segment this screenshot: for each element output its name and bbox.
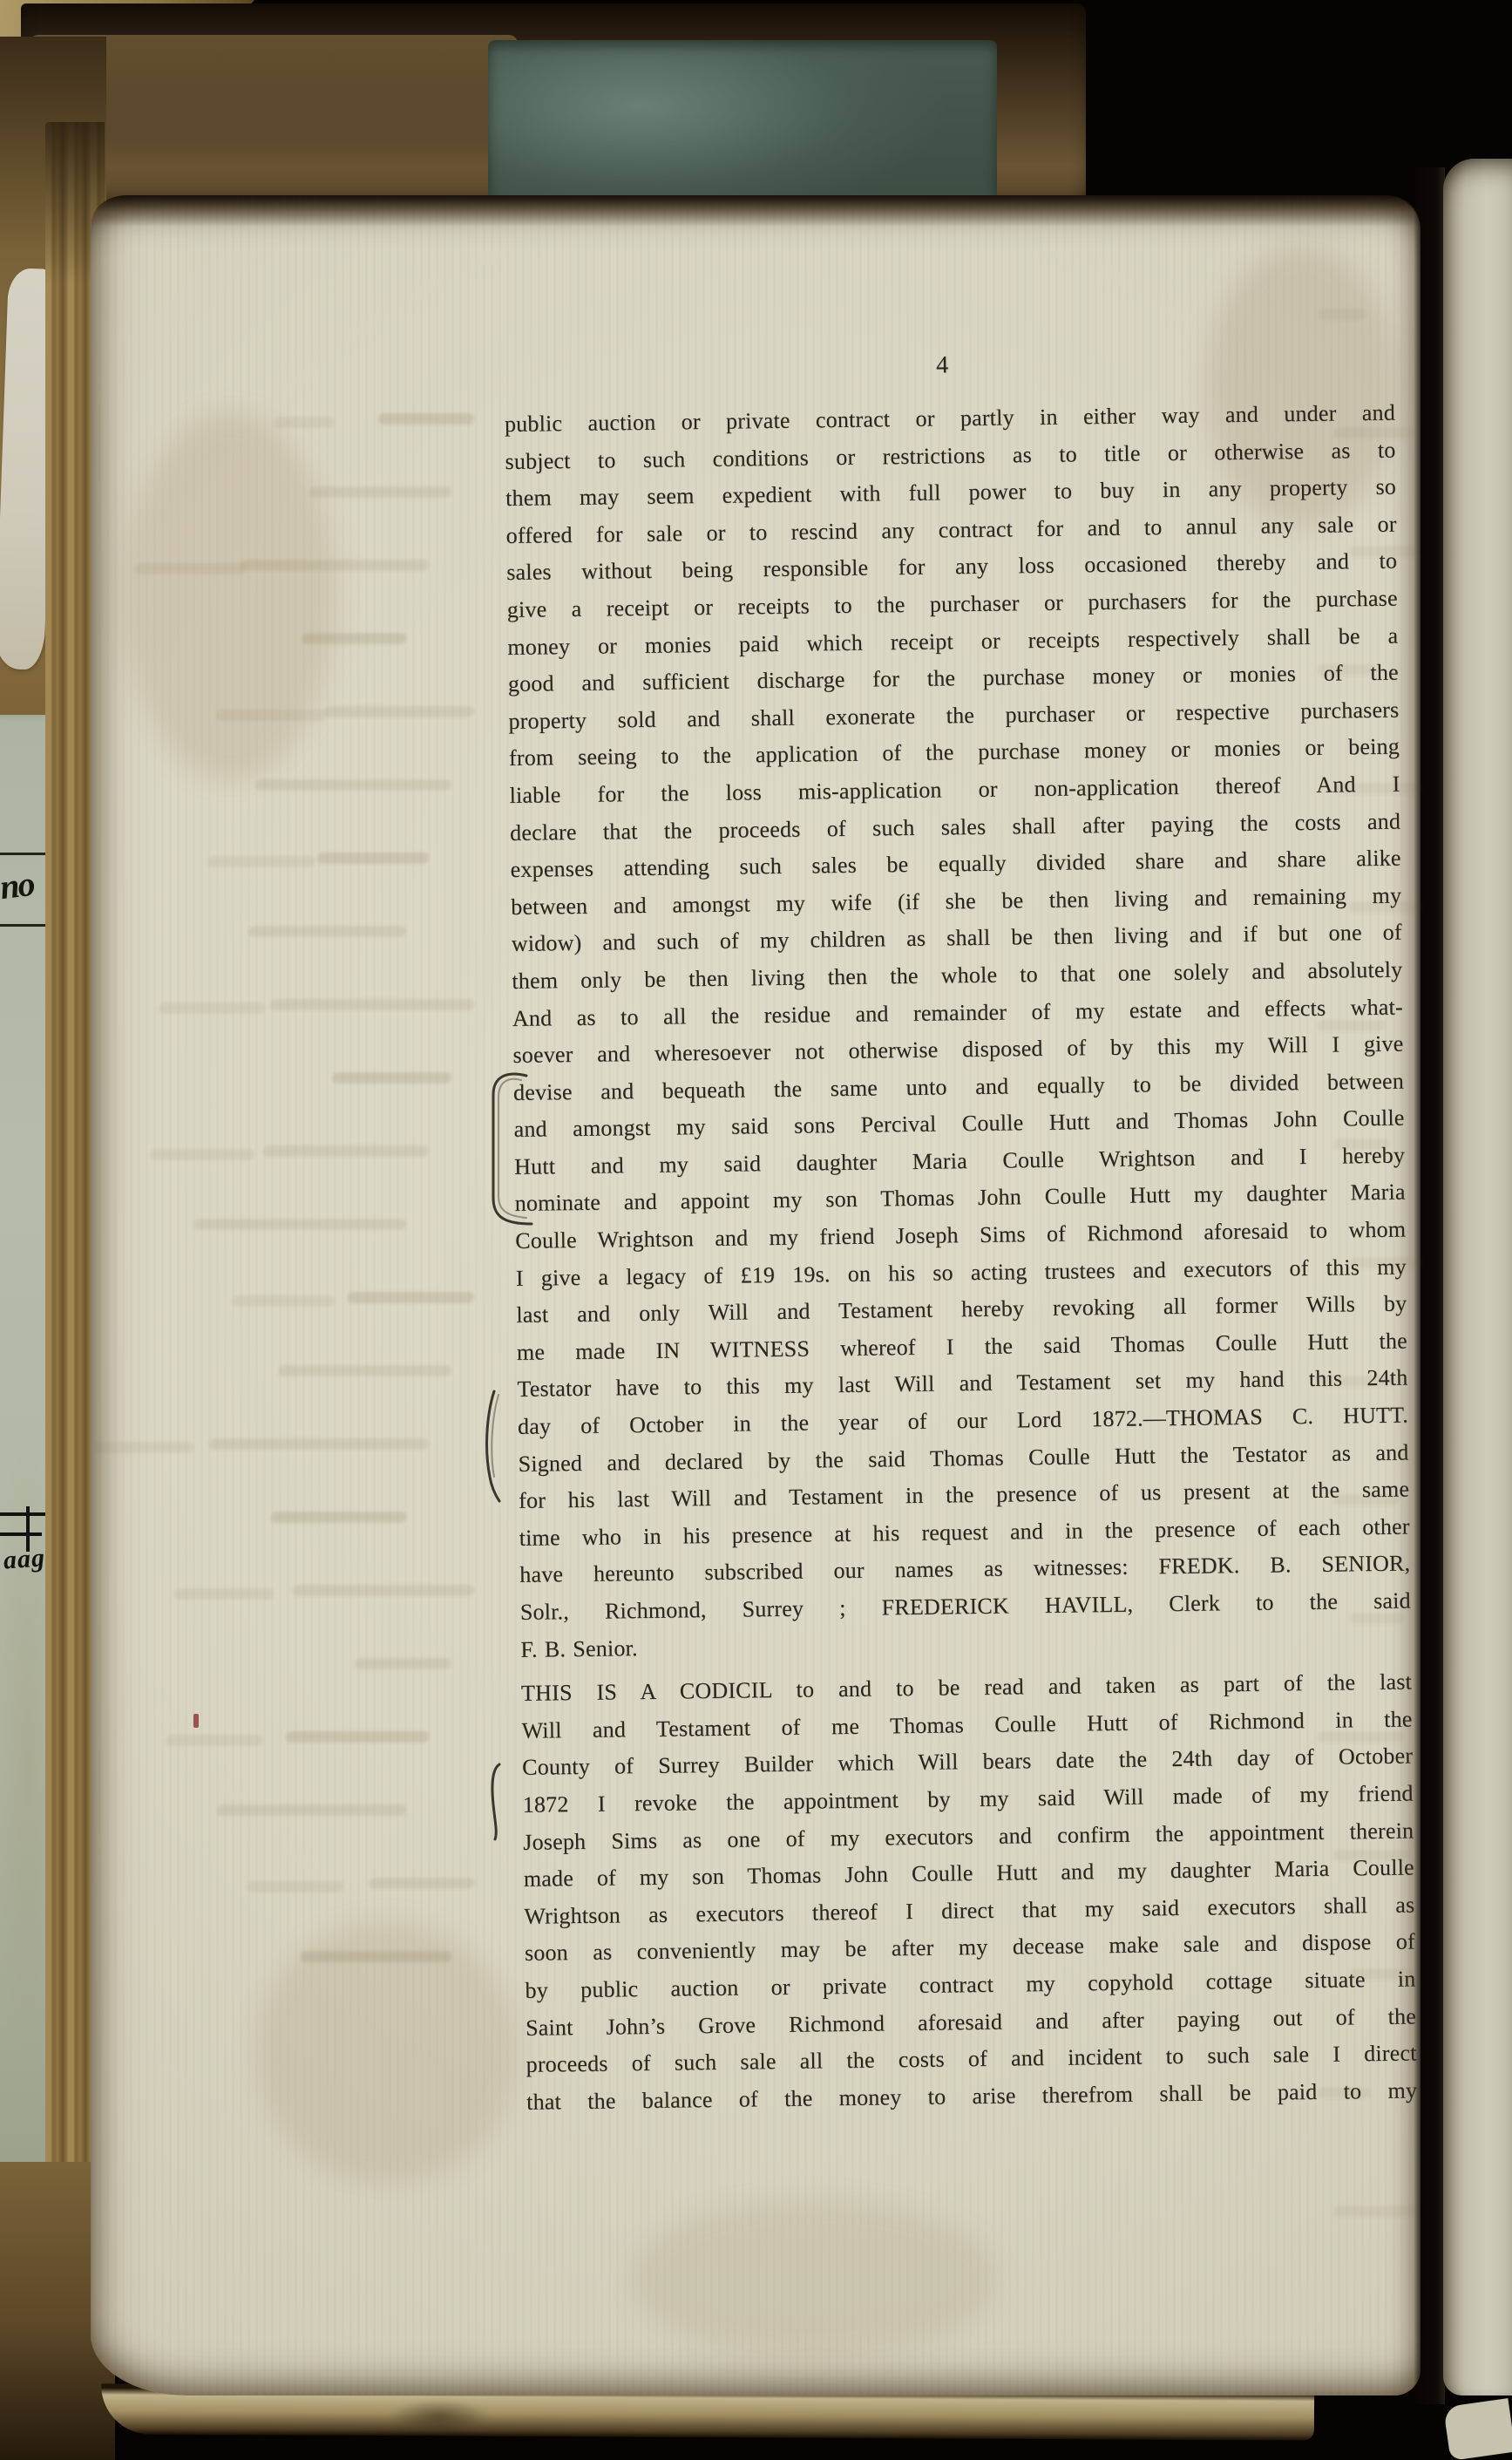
residue-clause-bracket <box>476 1069 537 1243</box>
ghost-text-line <box>370 1878 475 1889</box>
ghost-text-line <box>1318 309 1367 320</box>
book-scan: no aag 4 public auction or private contr… <box>0 0 1512 2460</box>
ghost-text-line <box>270 999 475 1010</box>
red-ink-speck <box>193 1714 199 1728</box>
ghost-text-line <box>166 1735 264 1746</box>
ghost-text-line <box>317 853 430 864</box>
paragraph-will-continuation: public auction or private contract or pa… <box>505 395 1412 1668</box>
cloth-stain-patch <box>488 40 997 207</box>
ghost-text-line <box>194 1219 407 1230</box>
ghost-text-line <box>207 856 316 867</box>
ghost-text-line <box>174 1588 275 1600</box>
page-number: 4 <box>497 346 1387 385</box>
handwriting-fragment: no <box>0 863 36 907</box>
ledger-mark-line <box>0 1532 42 1536</box>
ghost-text-line <box>271 1512 407 1523</box>
ghost-text-line <box>347 1292 475 1303</box>
age-stain <box>631 2200 997 2357</box>
ghost-text-line <box>92 1442 194 1453</box>
ghost-text-line <box>248 926 407 937</box>
damaged-top-edges <box>21 3 1086 211</box>
ghost-text-line <box>232 1295 336 1307</box>
paragraph-codicil: THIS IS A CODICIL to and to be read and … <box>521 1664 1418 2121</box>
ghost-text-line <box>255 779 452 791</box>
ghost-text-line <box>216 710 327 721</box>
ghost-text-line <box>241 560 430 571</box>
ghost-text-line <box>324 706 475 717</box>
smudge-mark <box>373 2394 505 2439</box>
handwritten-letters: aag <box>3 1543 46 1575</box>
next-page-corner-sliver <box>1443 2398 1512 2460</box>
ghost-text-line <box>134 563 247 574</box>
ghost-text-line <box>217 1804 407 1816</box>
gutter-shadow <box>1414 167 1445 2404</box>
ghost-text-line <box>263 1145 430 1157</box>
ghost-text-line <box>278 1365 452 1376</box>
ghost-text-line <box>301 1951 452 1962</box>
main-page: 4 public auction or private contract or … <box>91 195 1420 2395</box>
ledger-rule-line <box>0 924 47 927</box>
ghost-text-line <box>293 1585 475 1596</box>
ghost-text-line <box>159 1002 266 1014</box>
next-page-edge <box>1443 159 1512 2395</box>
ghost-text-line <box>1333 2205 1420 2217</box>
ghost-text-line <box>150 1149 255 1160</box>
attestation-margin-mark <box>481 1388 505 1506</box>
age-stain <box>125 413 335 779</box>
ghost-text-line <box>378 413 475 425</box>
charred-page-top <box>91 195 1420 227</box>
ghost-text-line <box>286 1731 430 1743</box>
codicil-margin-stroke <box>485 1759 507 1845</box>
ghost-text-line <box>247 1881 344 1893</box>
ghost-text-line <box>355 1658 452 1669</box>
ghost-text-line <box>302 633 407 644</box>
ghost-text-line <box>309 486 452 498</box>
ghost-text-line <box>274 417 336 428</box>
text-block: public auction or private contract or pa… <box>505 395 1418 2122</box>
printed-text-area: 4 public auction or private contract or … <box>504 346 1417 2122</box>
ghost-text-line <box>209 1438 430 1450</box>
ghost-text-line <box>332 1072 452 1084</box>
